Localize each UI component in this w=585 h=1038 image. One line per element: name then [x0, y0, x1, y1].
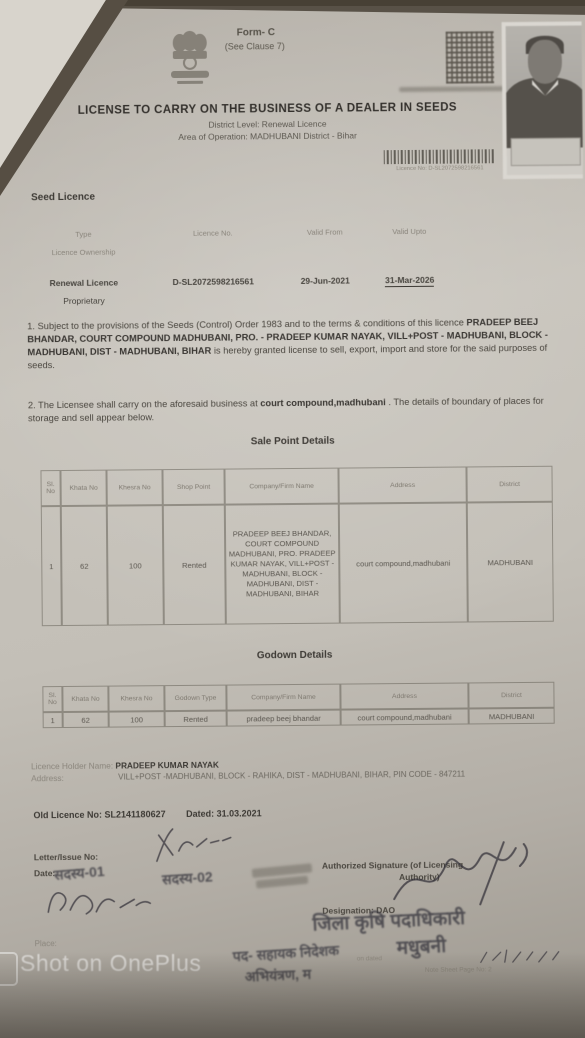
- col-header-licence-no: Licence No.: [143, 228, 283, 238]
- stamp-smudge-bottom: [256, 876, 309, 889]
- document-subtitle-area: Area of Operation: MADHUBANI District - …: [48, 129, 488, 143]
- clause-1-paragraph: 1. Subject to the provisions of the Seed…: [27, 316, 564, 373]
- licence-type-value: Renewal Licence: [29, 277, 139, 288]
- ashoka-emblem-icon: [165, 31, 216, 97]
- licence-barcode: [384, 149, 496, 164]
- seed-licence-table: Type Licence No. Valid From Valid Upto L…: [28, 226, 559, 315]
- godown-th-district: District: [468, 682, 554, 709]
- godown-th-address: Address: [340, 682, 468, 709]
- godown-cell-address: court compound,madhubani: [341, 708, 469, 725]
- old-licence-dated-label: Dated:: [186, 809, 214, 819]
- holder-name-label: Licence Holder Name:: [31, 761, 113, 772]
- col-header-valid-from: Valid From: [287, 227, 362, 237]
- godown-th-khesra: Khesra No: [108, 685, 164, 711]
- godown-details-title: Godown Details: [2, 647, 585, 663]
- godown-table: Sl. No Khata No Khesra No Godown Type Co…: [42, 682, 554, 728]
- authority-signature: [384, 834, 545, 913]
- clause-2-paragraph: 2. The Licensee shall carry on the afore…: [28, 395, 565, 426]
- godown-cell-type: Rented: [165, 711, 227, 728]
- photo-name-board: [511, 137, 581, 166]
- photo-face: [528, 40, 562, 84]
- sale-cell-shop-point: Rented: [163, 505, 226, 626]
- handwritten-letter-number: [139, 824, 239, 869]
- licence-no-value: D-SL2072598216561: [143, 276, 283, 287]
- ownership-value: Proprietary: [29, 295, 139, 306]
- godown-cell-sl: 1: [43, 712, 63, 728]
- sale-th-address: Address: [338, 466, 466, 503]
- old-licence-number: SL2141180627: [104, 809, 165, 820]
- sale-th-khata: Khata No: [60, 470, 106, 506]
- sale-th-district: District: [466, 466, 552, 503]
- member-stamp-2: सदस्य-02: [162, 867, 214, 889]
- clause-1-lead: 1. Subject to the provisions of the Seed…: [27, 317, 466, 331]
- col-header-valid-upto: Valid Upto: [367, 227, 452, 237]
- valid-upto-value: 31-Mar-2026: [367, 275, 452, 286]
- seed-licence-heading: Seed Licence: [31, 192, 95, 204]
- valid-upto-text: 31-Mar-2026: [385, 275, 434, 287]
- holder-name-line: Licence Holder Name: PRADEEP KUMAR NAYAK: [31, 760, 219, 772]
- document-content: Form- C (See Clause 7) LICENSE TO CARRY …: [0, 0, 585, 1038]
- col-header-ownership: Licence Ownership: [29, 247, 139, 257]
- qr-fine-print: [399, 86, 507, 92]
- sale-table-header-row: Sl. No Khata No Khesra No Shop Point Com…: [40, 466, 552, 506]
- member-stamp-1: सदस्य-01: [53, 862, 105, 885]
- sale-cell-address: court compound,madhubani: [339, 502, 468, 623]
- seed-licence-value-row: Renewal Licence D-SL2072598216561 29-Jun…: [29, 274, 559, 315]
- old-licence-line: Old Licence No: SL2141180627 Dated: 31.0…: [33, 808, 261, 820]
- holder-address-label: Address:: [31, 773, 64, 783]
- godown-table-data-row: 1 62 100 Rented pradeep beej bhandar cou…: [43, 708, 555, 728]
- sale-cell-khata: 62: [61, 506, 108, 626]
- godown-th-khata: Khata No: [62, 686, 108, 712]
- form-number: Form- C: [237, 27, 275, 38]
- godown-th-company: Company/Firm Name: [226, 684, 340, 711]
- sale-th-khesra: Khesra No: [106, 469, 162, 505]
- sale-point-details-title: Sale Point Details: [0, 433, 585, 449]
- clause-2-lead: 2. The Licensee shall carry on the afore…: [28, 398, 260, 410]
- holder-address-value: VILL+POST -MADHUBANI, BLOCK - RAHIKA, DI…: [118, 769, 568, 782]
- paper-bottom-shadow: [0, 952, 585, 1038]
- seed-licence-header-row: Type Licence No. Valid From Valid Upto L…: [28, 226, 558, 267]
- godown-cell-khata: 62: [63, 712, 109, 728]
- old-licence-label: Old Licence No:: [33, 810, 102, 821]
- godown-cell-company: pradeep beej bhandar: [227, 710, 341, 727]
- place-label: Place:: [35, 939, 57, 948]
- document-title: LICENSE TO CARRY ON THE BUSINESS OF A DE…: [47, 101, 487, 117]
- licence-holder-photo: [502, 21, 583, 179]
- sale-point-table: Sl. No Khata No Khesra No Shop Point Com…: [40, 466, 553, 626]
- sale-th-sl: Sl. No: [40, 470, 60, 506]
- godown-cell-khesra: 100: [109, 711, 165, 727]
- godown-th-type: Godown Type: [164, 685, 226, 712]
- valid-from-value: 29-Jun-2021: [288, 275, 363, 286]
- qr-code: [446, 31, 494, 83]
- sale-cell-sl: 1: [41, 506, 62, 626]
- godown-cell-district: MADHUBANI: [469, 708, 555, 725]
- barcode-caption: Licence No: D-SL2072598216561: [376, 165, 504, 172]
- sale-cell-khesra: 100: [107, 505, 164, 625]
- sale-table-data-row: 1 62 100 Rented PRADEEP BEEJ BHANDAR, CO…: [41, 502, 554, 626]
- holder-name-value: PRADEEP KUMAR NAYAK: [115, 760, 219, 771]
- form-clause: (See Clause 7): [225, 41, 285, 52]
- sale-cell-company: PRADEEP BEEJ BHANDAR, COURT COMPOUND MAD…: [225, 504, 340, 625]
- sale-th-shop-point: Shop Point: [162, 469, 224, 506]
- letter-issue-label: Letter/Issue No:: [34, 852, 98, 863]
- col-header-type: Type: [28, 229, 138, 239]
- sale-cell-district: MADHUBANI: [467, 502, 554, 623]
- sale-th-company: Company/Firm Name: [224, 468, 338, 505]
- old-licence-date: 31.03.2021: [217, 808, 262, 818]
- godown-th-sl: Sl. No: [42, 686, 62, 712]
- clause-2-place: court compound,madhubani: [260, 397, 386, 408]
